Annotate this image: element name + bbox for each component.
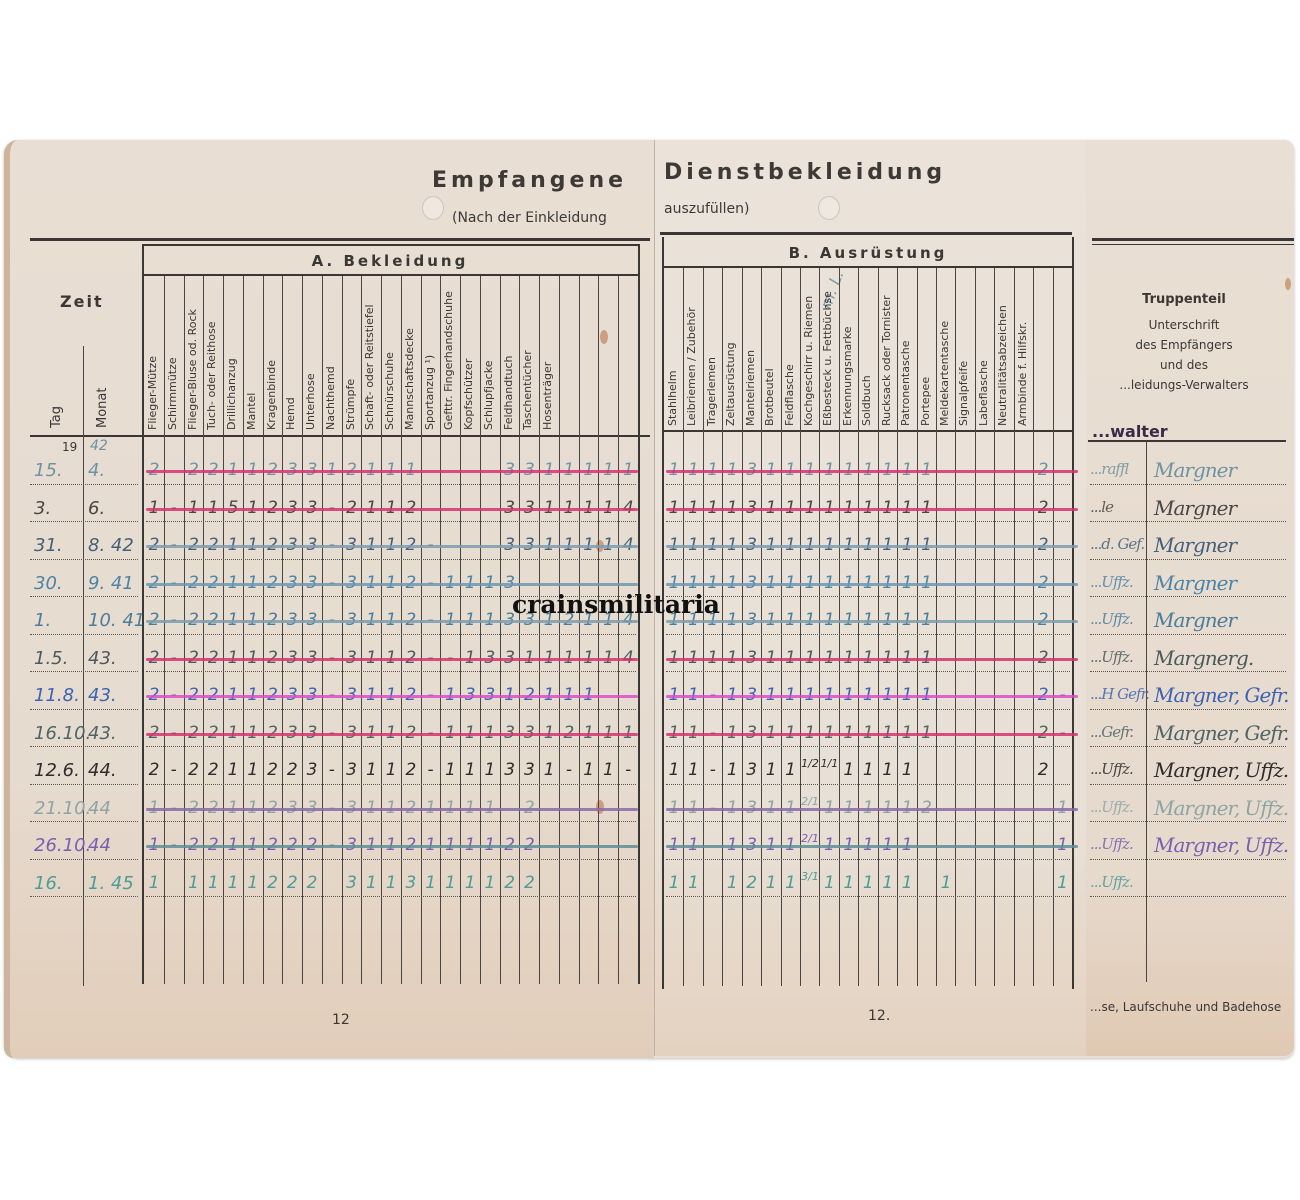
cell-value: 2 bbox=[1034, 762, 1052, 779]
row-dots bbox=[30, 746, 138, 747]
cell-value: 2 bbox=[145, 762, 163, 779]
row-dots bbox=[30, 484, 138, 485]
row-dots bbox=[146, 709, 636, 710]
strike-line bbox=[146, 545, 638, 548]
column-header: Kopfschützer bbox=[463, 282, 474, 430]
signature-left: ...Uffz. bbox=[1090, 573, 1133, 591]
column-header: Strümpfe bbox=[345, 282, 356, 430]
subtitle-left: (Nach der Einkleidung bbox=[452, 210, 607, 226]
row-dots bbox=[146, 896, 636, 897]
column-header: Mannschaftsdecke bbox=[404, 282, 415, 430]
row-month: 43. bbox=[88, 723, 117, 744]
row-day: 21.10. bbox=[34, 798, 91, 819]
row-dots bbox=[1090, 821, 1286, 822]
column-header: Flieger-Bluse od. Rock bbox=[187, 282, 198, 430]
cell-value: 1 bbox=[859, 875, 877, 892]
row-dots bbox=[666, 821, 1070, 822]
strike-line bbox=[146, 583, 638, 586]
signature-left: ...Uffz. bbox=[1090, 760, 1133, 778]
column-header: Schaft- oder Reitstiefel bbox=[364, 282, 375, 430]
rust-stain bbox=[1285, 278, 1291, 290]
row-dots bbox=[30, 559, 138, 560]
right-label-1: Unterschrift bbox=[1092, 318, 1276, 332]
cell-value: 1 bbox=[782, 875, 800, 892]
column-header: Feldflasche bbox=[784, 274, 795, 426]
row-dots bbox=[1090, 859, 1286, 860]
column-header: Nachthemd bbox=[325, 282, 336, 430]
row-dots bbox=[146, 521, 636, 522]
row-day: 1. bbox=[34, 610, 51, 631]
cell-value: 1 bbox=[723, 762, 741, 779]
row-dots bbox=[30, 896, 138, 897]
section-b-header-bottom bbox=[662, 430, 1074, 432]
cell-value: 2 bbox=[743, 875, 761, 892]
row-dots bbox=[30, 671, 138, 672]
row-dots bbox=[1090, 521, 1286, 522]
cell-value: 1 bbox=[782, 762, 800, 779]
title-left: Empfangene bbox=[432, 168, 627, 193]
cell-value: 1 bbox=[599, 762, 617, 779]
row-dots bbox=[666, 671, 1070, 672]
signature-left: ...Uffz. bbox=[1090, 873, 1133, 891]
cell-value: 1 bbox=[665, 875, 683, 892]
right-label-3: und des bbox=[1092, 358, 1276, 372]
signature-left: ...Uffz. bbox=[1090, 798, 1133, 816]
signature: Margner bbox=[1154, 571, 1236, 595]
cell-value: 2 bbox=[501, 875, 519, 892]
row-month: 44 bbox=[88, 835, 111, 856]
cell-value: 2 bbox=[303, 875, 321, 892]
row-dots bbox=[146, 671, 636, 672]
cell-value: 1 bbox=[762, 762, 780, 779]
cell-value: 1 bbox=[204, 875, 222, 892]
row-day: 31. bbox=[34, 535, 63, 556]
cell-value: - bbox=[619, 762, 637, 779]
row-dots bbox=[146, 859, 636, 860]
header-bottom-rule bbox=[30, 435, 650, 437]
cell-value: 1 bbox=[879, 875, 897, 892]
column-header: Portepee bbox=[920, 274, 931, 426]
column-header: Rucksack oder Tornister bbox=[881, 274, 892, 426]
cell-value: 1 bbox=[362, 762, 380, 779]
column-header: Flieger-Mütze bbox=[147, 282, 158, 430]
cell-value: 1/1 bbox=[820, 758, 838, 769]
column-header: Labeflasche bbox=[978, 274, 989, 426]
column-header: Hemd bbox=[285, 282, 296, 430]
cell-value: 2 bbox=[283, 875, 301, 892]
column-header: Tragerlemen bbox=[706, 274, 717, 426]
cell-value: 1 bbox=[382, 762, 400, 779]
right-column-divider bbox=[1146, 442, 1147, 982]
cell-value: 1 bbox=[1054, 875, 1072, 892]
row-dots bbox=[30, 521, 138, 522]
signature-left: ...d. Gef. bbox=[1090, 535, 1144, 553]
column-rule bbox=[975, 268, 976, 986]
cell-value: 3 bbox=[402, 875, 420, 892]
row-dots bbox=[1090, 784, 1286, 785]
row-month: 9. 41 bbox=[88, 573, 134, 594]
month-header: Monat bbox=[96, 360, 109, 428]
row-dots bbox=[146, 559, 636, 560]
row-month: 44 bbox=[88, 798, 111, 819]
row-month: 43. bbox=[88, 685, 117, 706]
signature: Margner bbox=[1154, 608, 1236, 632]
signature: Margner, Gefr. bbox=[1154, 683, 1289, 707]
column-header: Brotbeutel bbox=[764, 274, 775, 426]
watermark: crainsmilitaria bbox=[512, 590, 720, 619]
column-header: Feldhandtuch bbox=[503, 282, 514, 430]
row-dots bbox=[1090, 709, 1286, 710]
cell-value: 1 bbox=[820, 875, 838, 892]
cell-value: 1 bbox=[224, 762, 242, 779]
column-header: Zeltausrüstung bbox=[725, 274, 736, 426]
strike-line bbox=[146, 808, 638, 811]
rust-stain bbox=[600, 330, 608, 344]
column-rule bbox=[579, 276, 580, 984]
title-right: Dienstbekleidung bbox=[664, 160, 946, 185]
row-day: 26.10. bbox=[34, 835, 91, 856]
cell-value: 2 bbox=[204, 762, 222, 779]
column-header: Sportanzug ¹) bbox=[424, 282, 435, 430]
row-dots bbox=[1090, 559, 1286, 560]
cell-value: 3 bbox=[501, 762, 519, 779]
column-header: Mantel bbox=[246, 282, 257, 430]
strike-line bbox=[666, 545, 1078, 548]
right-top-rule bbox=[1092, 238, 1294, 241]
cell-value: 1 bbox=[441, 762, 459, 779]
column-rule bbox=[164, 276, 165, 984]
column-header: Patronentasche bbox=[900, 274, 911, 426]
column-header: Taschentücher bbox=[522, 282, 533, 430]
column-rule bbox=[559, 276, 560, 984]
column-header: Mantelriemen bbox=[745, 274, 756, 426]
cell-value: 1 bbox=[422, 875, 440, 892]
row-dots bbox=[30, 709, 138, 710]
cell-value: 1 bbox=[898, 762, 916, 779]
cell-value: 2 bbox=[264, 762, 282, 779]
row-dots bbox=[1090, 746, 1286, 747]
cell-value: 1 bbox=[937, 875, 955, 892]
strike-line bbox=[666, 508, 1078, 511]
day-month-divider bbox=[83, 346, 84, 986]
cell-value: 1 bbox=[185, 875, 203, 892]
cell-value: 3 bbox=[743, 762, 761, 779]
column-header: Kragenbinde bbox=[266, 282, 277, 430]
cell-value: 1 bbox=[382, 875, 400, 892]
cell-value: 1 bbox=[362, 875, 380, 892]
column-header: Erkennungsmarke bbox=[842, 274, 853, 426]
strike-line bbox=[146, 845, 638, 848]
signature: Margner bbox=[1154, 458, 1236, 482]
cell-value: - bbox=[422, 762, 440, 779]
row-day: 12.6. bbox=[34, 760, 80, 781]
right-label-4: ...leidungs-Verwalters bbox=[1092, 378, 1276, 392]
cell-value: 1 bbox=[684, 875, 702, 892]
row-month: 1. 45 bbox=[88, 873, 134, 894]
row-dots bbox=[146, 484, 636, 485]
section-b-sub-rule bbox=[662, 266, 1074, 268]
cell-value: 1 bbox=[879, 762, 897, 779]
punch-hole bbox=[818, 196, 840, 220]
row-dots bbox=[30, 784, 138, 785]
cell-value: 1 bbox=[859, 762, 877, 779]
strike-line bbox=[666, 658, 1078, 661]
cell-value: 3 bbox=[343, 875, 361, 892]
column-header: Meldekartentasche bbox=[939, 274, 950, 426]
cell-value: 1 bbox=[145, 875, 163, 892]
row-dots bbox=[30, 596, 138, 597]
cell-value: - bbox=[165, 762, 183, 779]
cell-value: 1 bbox=[224, 875, 242, 892]
column-header: Soldbuch bbox=[861, 274, 872, 426]
footer-note: ...se, Laufschuhe und Badehose bbox=[1090, 1000, 1281, 1014]
column-header: Signalpfeife bbox=[958, 274, 969, 426]
section-a-sub-rule bbox=[142, 274, 640, 276]
row-dots bbox=[1090, 596, 1286, 597]
row-dots bbox=[666, 634, 1070, 635]
column-header: Schnürschuhe bbox=[384, 282, 395, 430]
day-header: Tag bbox=[50, 382, 63, 428]
row-dots bbox=[146, 821, 636, 822]
page-number-left: 12 bbox=[332, 1012, 350, 1028]
cell-value: 2 bbox=[283, 762, 301, 779]
cell-value: 1 bbox=[461, 762, 479, 779]
cell-value: 1 bbox=[244, 762, 262, 779]
row-dots bbox=[666, 859, 1070, 860]
cell-value: 1/2 bbox=[801, 758, 819, 769]
column-rule bbox=[598, 276, 599, 984]
row-dots bbox=[30, 821, 138, 822]
row-dots bbox=[666, 709, 1070, 710]
row-dots bbox=[1090, 896, 1286, 897]
punch-hole bbox=[422, 196, 444, 220]
cell-value: 2/1 bbox=[801, 833, 819, 844]
row-day: 30. bbox=[34, 573, 63, 594]
signature-left: ...Uffz. bbox=[1090, 835, 1133, 853]
cell-value: 1 bbox=[481, 875, 499, 892]
strike-line bbox=[666, 470, 1078, 473]
column-header: Schlupfjacke bbox=[483, 282, 494, 430]
cell-value: 2/1 bbox=[801, 796, 819, 807]
section-b-title: B. Ausrüstung bbox=[664, 244, 1072, 262]
row-dots bbox=[1090, 671, 1286, 672]
cell-value: 1 bbox=[540, 762, 558, 779]
cell-value: 3 bbox=[343, 762, 361, 779]
column-rule bbox=[322, 276, 323, 984]
signature: Margner, Uffz. bbox=[1154, 758, 1288, 782]
column-header: Tuch- oder Reithose bbox=[206, 282, 217, 430]
strike-line bbox=[666, 733, 1078, 736]
strike-line bbox=[146, 695, 638, 698]
cell-value: 1 bbox=[762, 875, 780, 892]
cell-value: 1 bbox=[441, 875, 459, 892]
cell-value: 1 bbox=[723, 875, 741, 892]
row-dots bbox=[146, 634, 636, 635]
page-number-right: 12. bbox=[868, 1008, 890, 1024]
column-header: Armbinde f. Hilfskr. bbox=[1017, 274, 1028, 426]
signature-left: ...H Gefr. bbox=[1090, 685, 1149, 703]
signature-left: ...Gefr. bbox=[1090, 723, 1133, 741]
truppenteil-heading: Truppenteil bbox=[1092, 292, 1276, 307]
row-dots bbox=[666, 746, 1070, 747]
year-handwritten: 42 bbox=[90, 438, 108, 454]
row-month: 44. bbox=[88, 760, 117, 781]
signature: Margnerg. bbox=[1154, 646, 1253, 670]
section-b-top-rule bbox=[660, 232, 1072, 235]
year-prefix: 19 bbox=[62, 440, 77, 454]
row-dots bbox=[666, 784, 1070, 785]
signature: Margner bbox=[1154, 533, 1236, 557]
cell-value: 2 bbox=[185, 762, 203, 779]
row-dots bbox=[666, 896, 1070, 897]
cell-value: 1 bbox=[898, 875, 916, 892]
column-header: Eßbesteck u. Fettbüchse bbox=[822, 274, 833, 426]
column-rule bbox=[618, 276, 619, 984]
row-month: 6. bbox=[88, 498, 105, 519]
cell-value: - bbox=[323, 762, 341, 779]
strike-line bbox=[666, 620, 1078, 623]
signature-left: ...Uffz. bbox=[1090, 610, 1133, 628]
row-dots bbox=[1090, 634, 1286, 635]
column-rule bbox=[1014, 268, 1015, 986]
cell-value: - bbox=[704, 762, 722, 779]
column-header: Schirmmütze bbox=[167, 282, 178, 430]
signature-left: ...le bbox=[1090, 498, 1113, 516]
cell-value: 3 bbox=[520, 762, 538, 779]
row-day: 15. bbox=[34, 460, 63, 481]
column-header: Stahlhelm bbox=[667, 274, 678, 426]
cell-value: 3/1 bbox=[801, 871, 819, 882]
column-header: Gefttr. Fingerhandschuhe bbox=[443, 282, 454, 430]
row-day: 16. bbox=[34, 873, 63, 894]
signature: Margner, Uffz. bbox=[1154, 796, 1288, 820]
strike-line bbox=[666, 695, 1078, 698]
cell-value: 1 bbox=[684, 762, 702, 779]
right-page bbox=[1086, 140, 1294, 1056]
cell-value: 1 bbox=[244, 875, 262, 892]
strike-line bbox=[666, 808, 1078, 811]
cell-value: 2 bbox=[402, 762, 420, 779]
strike-line bbox=[146, 620, 638, 623]
column-header: Hosenträger bbox=[542, 282, 553, 430]
row-dots bbox=[666, 596, 1070, 597]
section-a-title: A. Bekleidung bbox=[142, 252, 638, 270]
right-top-rule-thin bbox=[1092, 244, 1294, 245]
row-day: 3. bbox=[34, 498, 51, 519]
cell-value: 1 bbox=[481, 762, 499, 779]
strike-line bbox=[146, 658, 638, 661]
cell-value: 2 bbox=[264, 875, 282, 892]
column-header: Kochgeschirr u. Riemen bbox=[803, 274, 814, 426]
strike-line bbox=[146, 733, 638, 736]
row-month: 10. 41 bbox=[88, 610, 145, 631]
cell-value: 1 bbox=[840, 875, 858, 892]
signature-left: ...raffl bbox=[1090, 460, 1128, 478]
row-day: 11.8. bbox=[34, 685, 80, 706]
signature: Margner, Uffz. bbox=[1154, 833, 1288, 857]
row-dots bbox=[146, 746, 636, 747]
column-header: Leibriemen / Zubehör bbox=[686, 274, 697, 426]
strike-line bbox=[666, 845, 1078, 848]
row-dots bbox=[666, 521, 1070, 522]
column-header: Unterhose bbox=[305, 282, 316, 430]
row-month: 8. 42 bbox=[88, 535, 134, 556]
cell-value: - bbox=[560, 762, 578, 779]
strike-line bbox=[146, 508, 638, 511]
strike-line bbox=[146, 470, 638, 473]
signature-left: ...Uffz. bbox=[1090, 648, 1133, 666]
right-header-bottom bbox=[1088, 440, 1286, 442]
cell-value: 1 bbox=[840, 762, 858, 779]
column-header: Neutralitätsabzeichen bbox=[997, 274, 1008, 426]
cell-value: 2 bbox=[520, 875, 538, 892]
row-month: 4. bbox=[88, 460, 105, 481]
section-b-right-rule bbox=[1072, 237, 1074, 989]
signature: Margner bbox=[1154, 496, 1236, 520]
cell-value: 3 bbox=[303, 762, 321, 779]
row-dots bbox=[146, 784, 636, 785]
right-label-2: des Empfängers bbox=[1092, 338, 1276, 352]
row-dots bbox=[1090, 484, 1286, 485]
time-header: Zeit bbox=[60, 292, 104, 311]
subtitle-right: auszufüllen) bbox=[664, 201, 750, 217]
row-day: 1.5. bbox=[34, 648, 68, 669]
row-day: 16.10. bbox=[34, 723, 91, 744]
row-month: 43. bbox=[88, 648, 117, 669]
row-dots bbox=[30, 634, 138, 635]
row-dots bbox=[30, 859, 138, 860]
signature: Margner, Gefr. bbox=[1154, 721, 1289, 745]
strike-line bbox=[666, 583, 1078, 586]
verwalter-label: ...walter bbox=[1092, 422, 1168, 441]
cell-value: 1 bbox=[665, 762, 683, 779]
column-header: Drillichanzug bbox=[226, 282, 237, 430]
cell-value: 1 bbox=[461, 875, 479, 892]
table-top-rule bbox=[30, 238, 650, 241]
row-dots bbox=[666, 484, 1070, 485]
section-a-top-rule bbox=[142, 244, 640, 246]
cell-value: 1 bbox=[580, 762, 598, 779]
row-dots bbox=[666, 559, 1070, 560]
